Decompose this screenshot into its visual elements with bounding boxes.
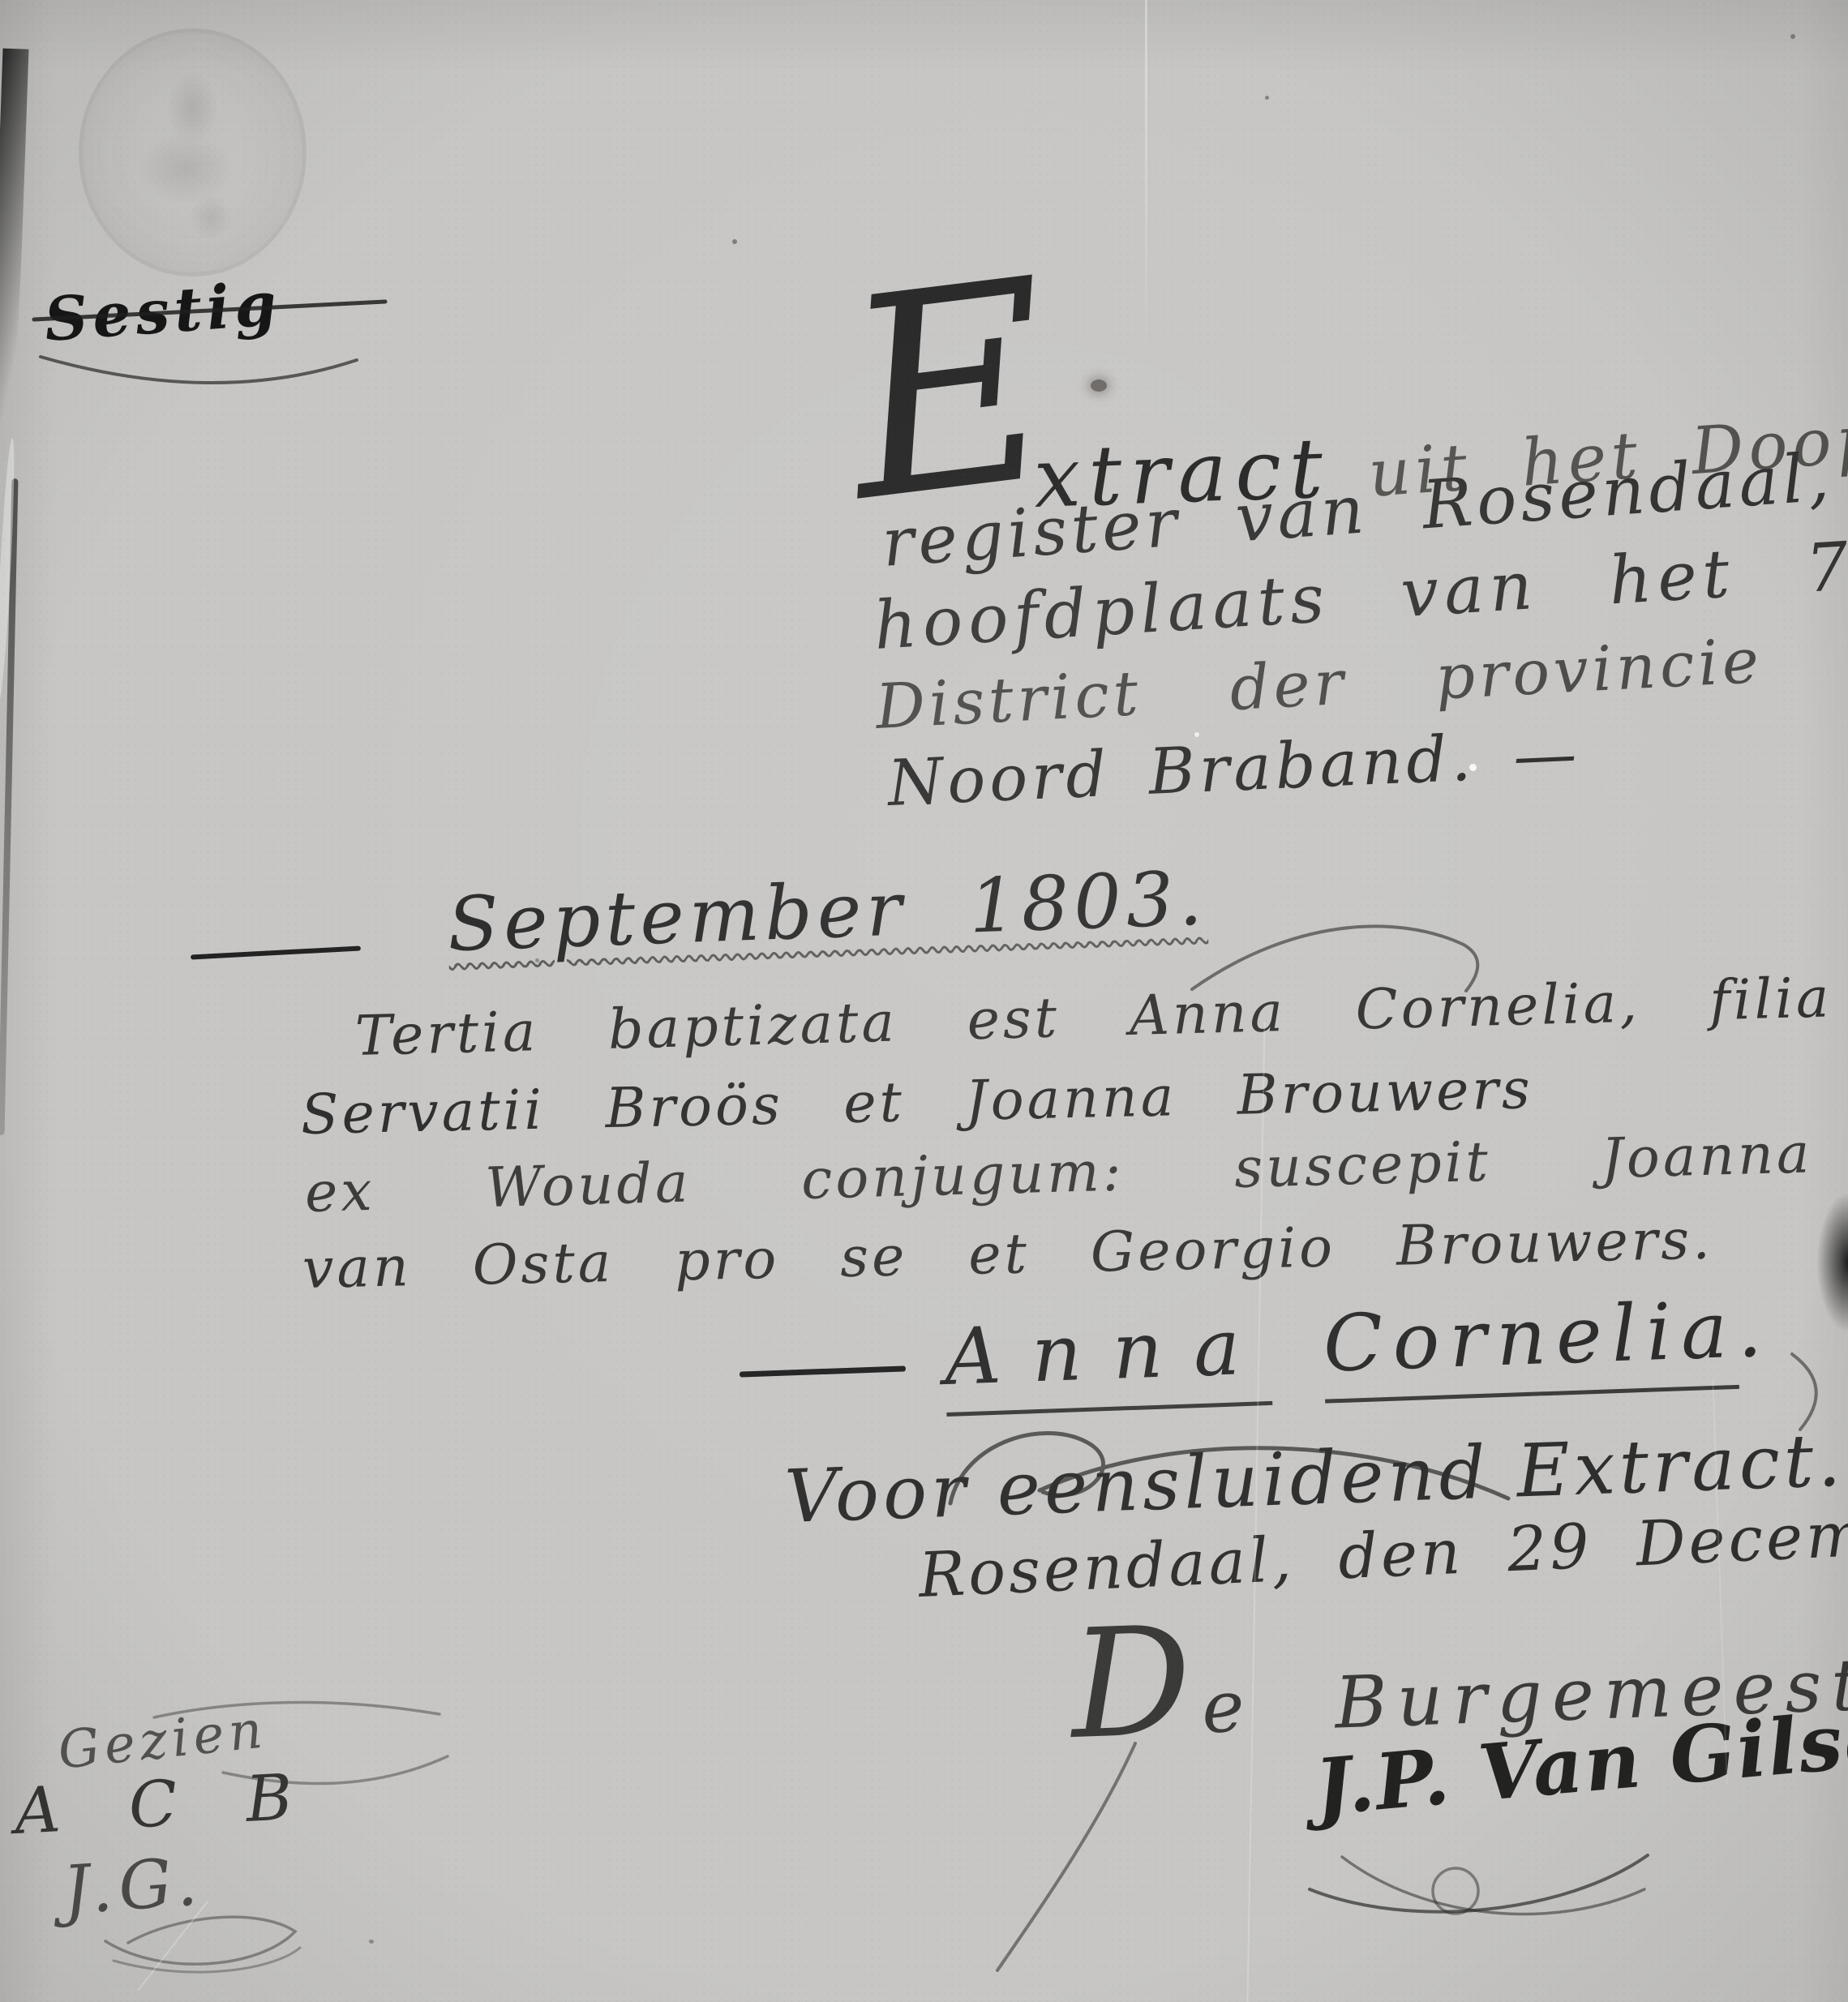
body-line: van Osta pro se et Georgio Brouwers. (302, 1213, 1713, 1297)
paper-crease (1145, 0, 1147, 357)
embossed-seal-icon (79, 28, 307, 277)
signature-paraph (1297, 1826, 1670, 1940)
paper-speck-light (1469, 764, 1477, 771)
paper-speck (732, 239, 737, 244)
page-edge-blob-right (1817, 1194, 1848, 1331)
body-line: Tertia baptizata est Anna Cornelia, fili… (354, 971, 1833, 1065)
paper-speck (1265, 96, 1269, 100)
paper-speck-light (1194, 732, 1199, 737)
paper-speck (535, 958, 539, 962)
name-dash (740, 1365, 906, 1377)
paper-speck (369, 1940, 374, 1944)
name-line: AnnaCornelia. (943, 1290, 1763, 1396)
body-line: Servatii Broös et Joanna Brouwers (300, 1062, 1533, 1143)
corner-note-strikethrough (24, 285, 405, 407)
paper-speck (1790, 34, 1795, 39)
page-edge-shadow (0, 49, 29, 491)
name-last: Cornelia (1322, 1284, 1739, 1404)
name-first: Anna (943, 1301, 1272, 1417)
margin-note-initials-acb: A C B (13, 1765, 318, 1844)
name-period: . (1735, 1284, 1763, 1375)
date-dash (191, 946, 361, 960)
signer-title-descender (985, 1735, 1147, 1978)
date-heading: September 1803. (446, 861, 1208, 962)
document-scan: Sestig E xtract uit het Doop register va… (0, 0, 1848, 2002)
ink-blotch (1091, 379, 1107, 392)
